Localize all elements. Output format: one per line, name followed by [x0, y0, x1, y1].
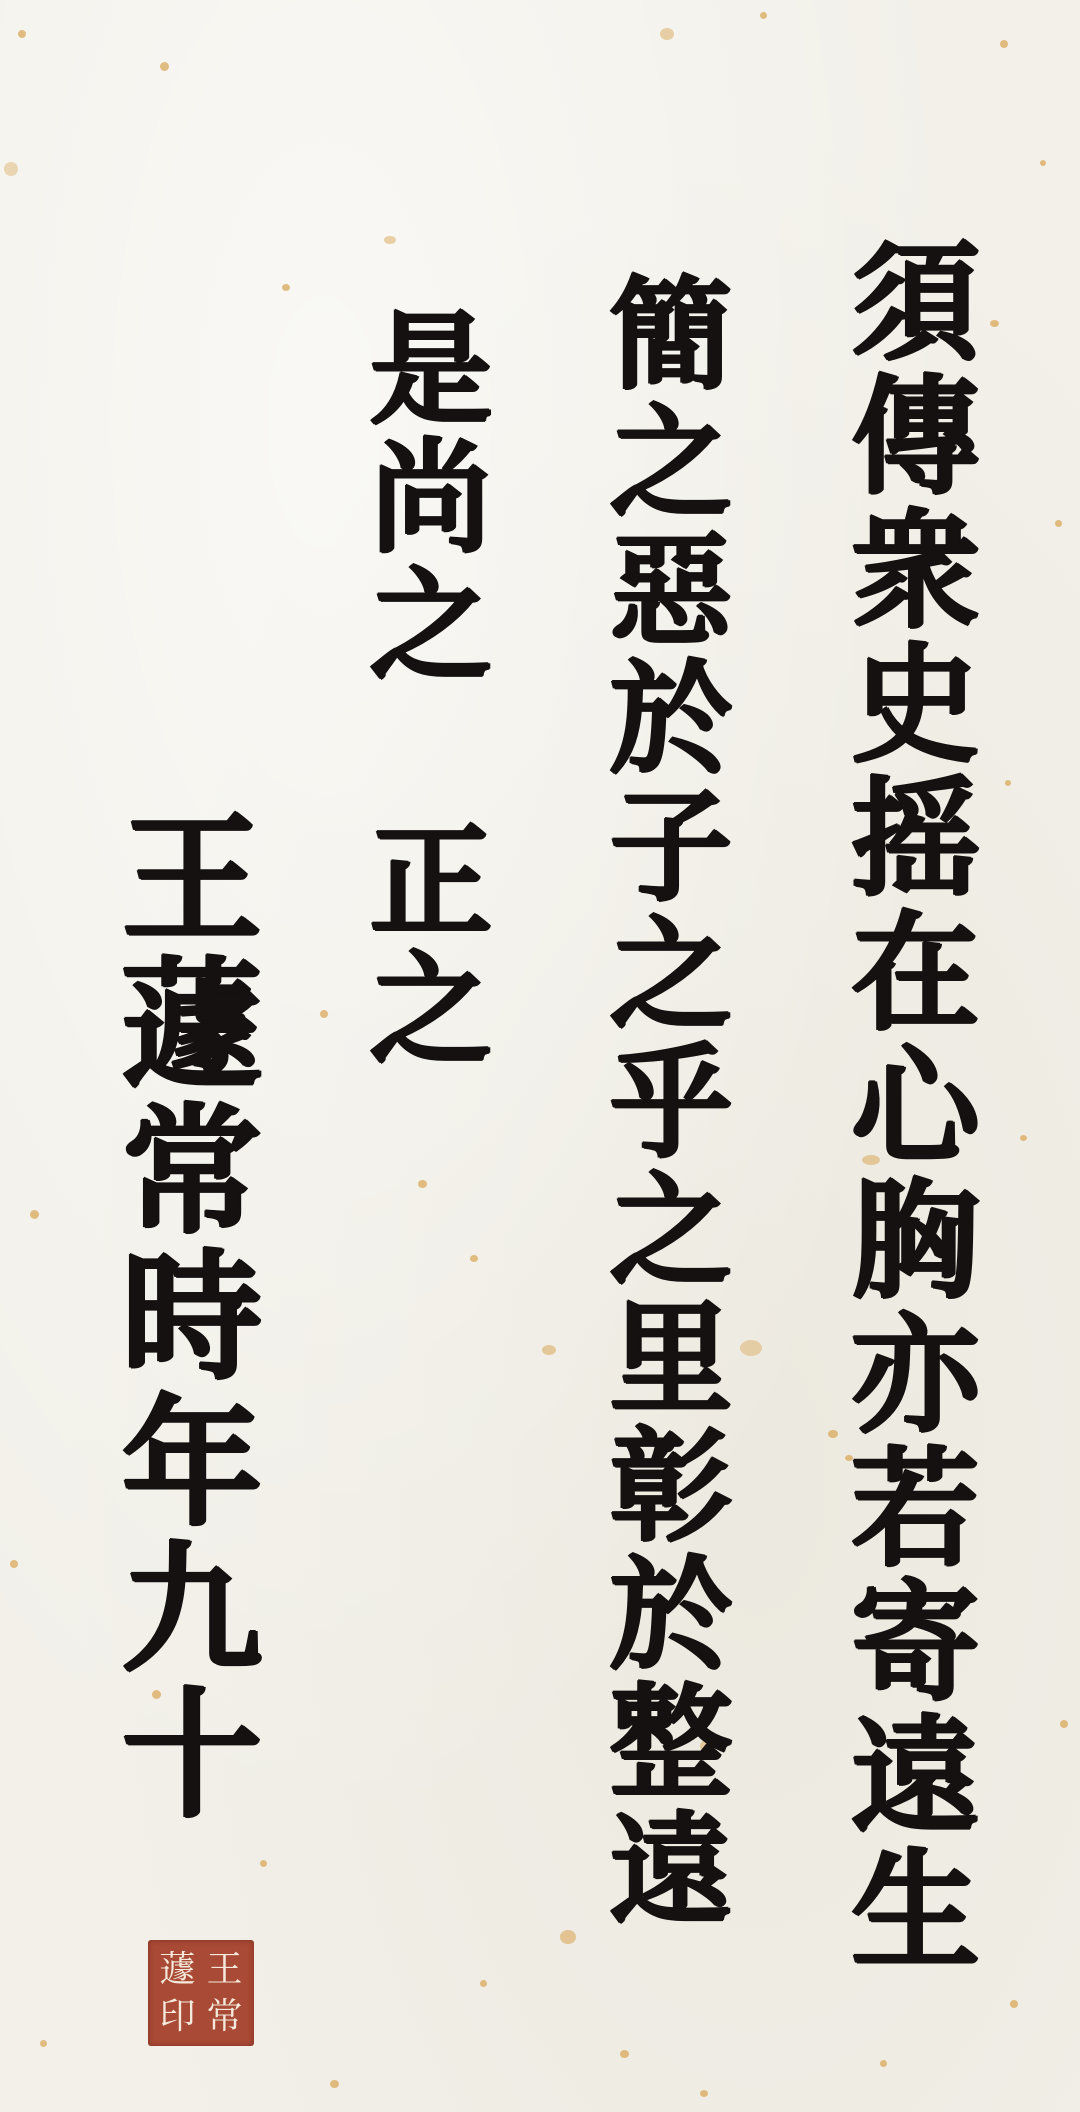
fleck — [1000, 40, 1008, 48]
fleck — [700, 2090, 708, 2097]
fleck — [480, 1980, 487, 1987]
fleck — [260, 1860, 267, 1867]
fleck — [760, 12, 767, 19]
calligraphy-column-3: 是尚之 正之 — [360, 305, 482, 1205]
fleck — [990, 320, 999, 327]
seal-char: 王 — [201, 1946, 248, 1993]
seal-char: 印 — [154, 1993, 201, 2040]
fleck — [384, 236, 396, 244]
fleck — [330, 2080, 339, 2088]
fleck — [1010, 2000, 1018, 2008]
fleck — [1040, 160, 1046, 166]
calligraphy-scroll: 須傳衆史摇在心胸亦若寄遠生 簡之惡於子之乎之里彰於整遠 是尚之 正之 王蘧常時年… — [0, 0, 1080, 2112]
fleck — [320, 1010, 328, 1018]
signature-column: 王蘧常時年九十 — [110, 805, 250, 1925]
seal-char: 常 — [201, 1993, 248, 2040]
fleck — [620, 2050, 629, 2058]
fleck — [740, 1340, 762, 1356]
fleck — [1060, 1720, 1068, 1728]
fleck — [4, 162, 18, 176]
calligraphy-column-1: 須傳衆史摇在心胸亦若寄遠生 — [840, 235, 968, 2095]
fleck — [18, 30, 26, 38]
calligraphy-column-2: 簡之惡於子之乎之里彰於整遠 — [600, 270, 722, 2050]
fleck — [1005, 780, 1011, 786]
fleck — [1055, 520, 1062, 527]
fleck — [470, 1255, 478, 1262]
fleck — [560, 1930, 576, 1944]
fleck — [660, 28, 674, 40]
artist-seal: 王 蘧 常 印 — [148, 1940, 254, 2046]
seal-char: 蘧 — [154, 1946, 201, 1993]
fleck — [160, 62, 169, 71]
fleck — [282, 284, 290, 291]
fleck — [542, 1345, 556, 1355]
fleck — [10, 1560, 18, 1568]
fleck — [30, 1210, 39, 1219]
fleck — [40, 2040, 47, 2047]
fleck — [1020, 1135, 1027, 1141]
